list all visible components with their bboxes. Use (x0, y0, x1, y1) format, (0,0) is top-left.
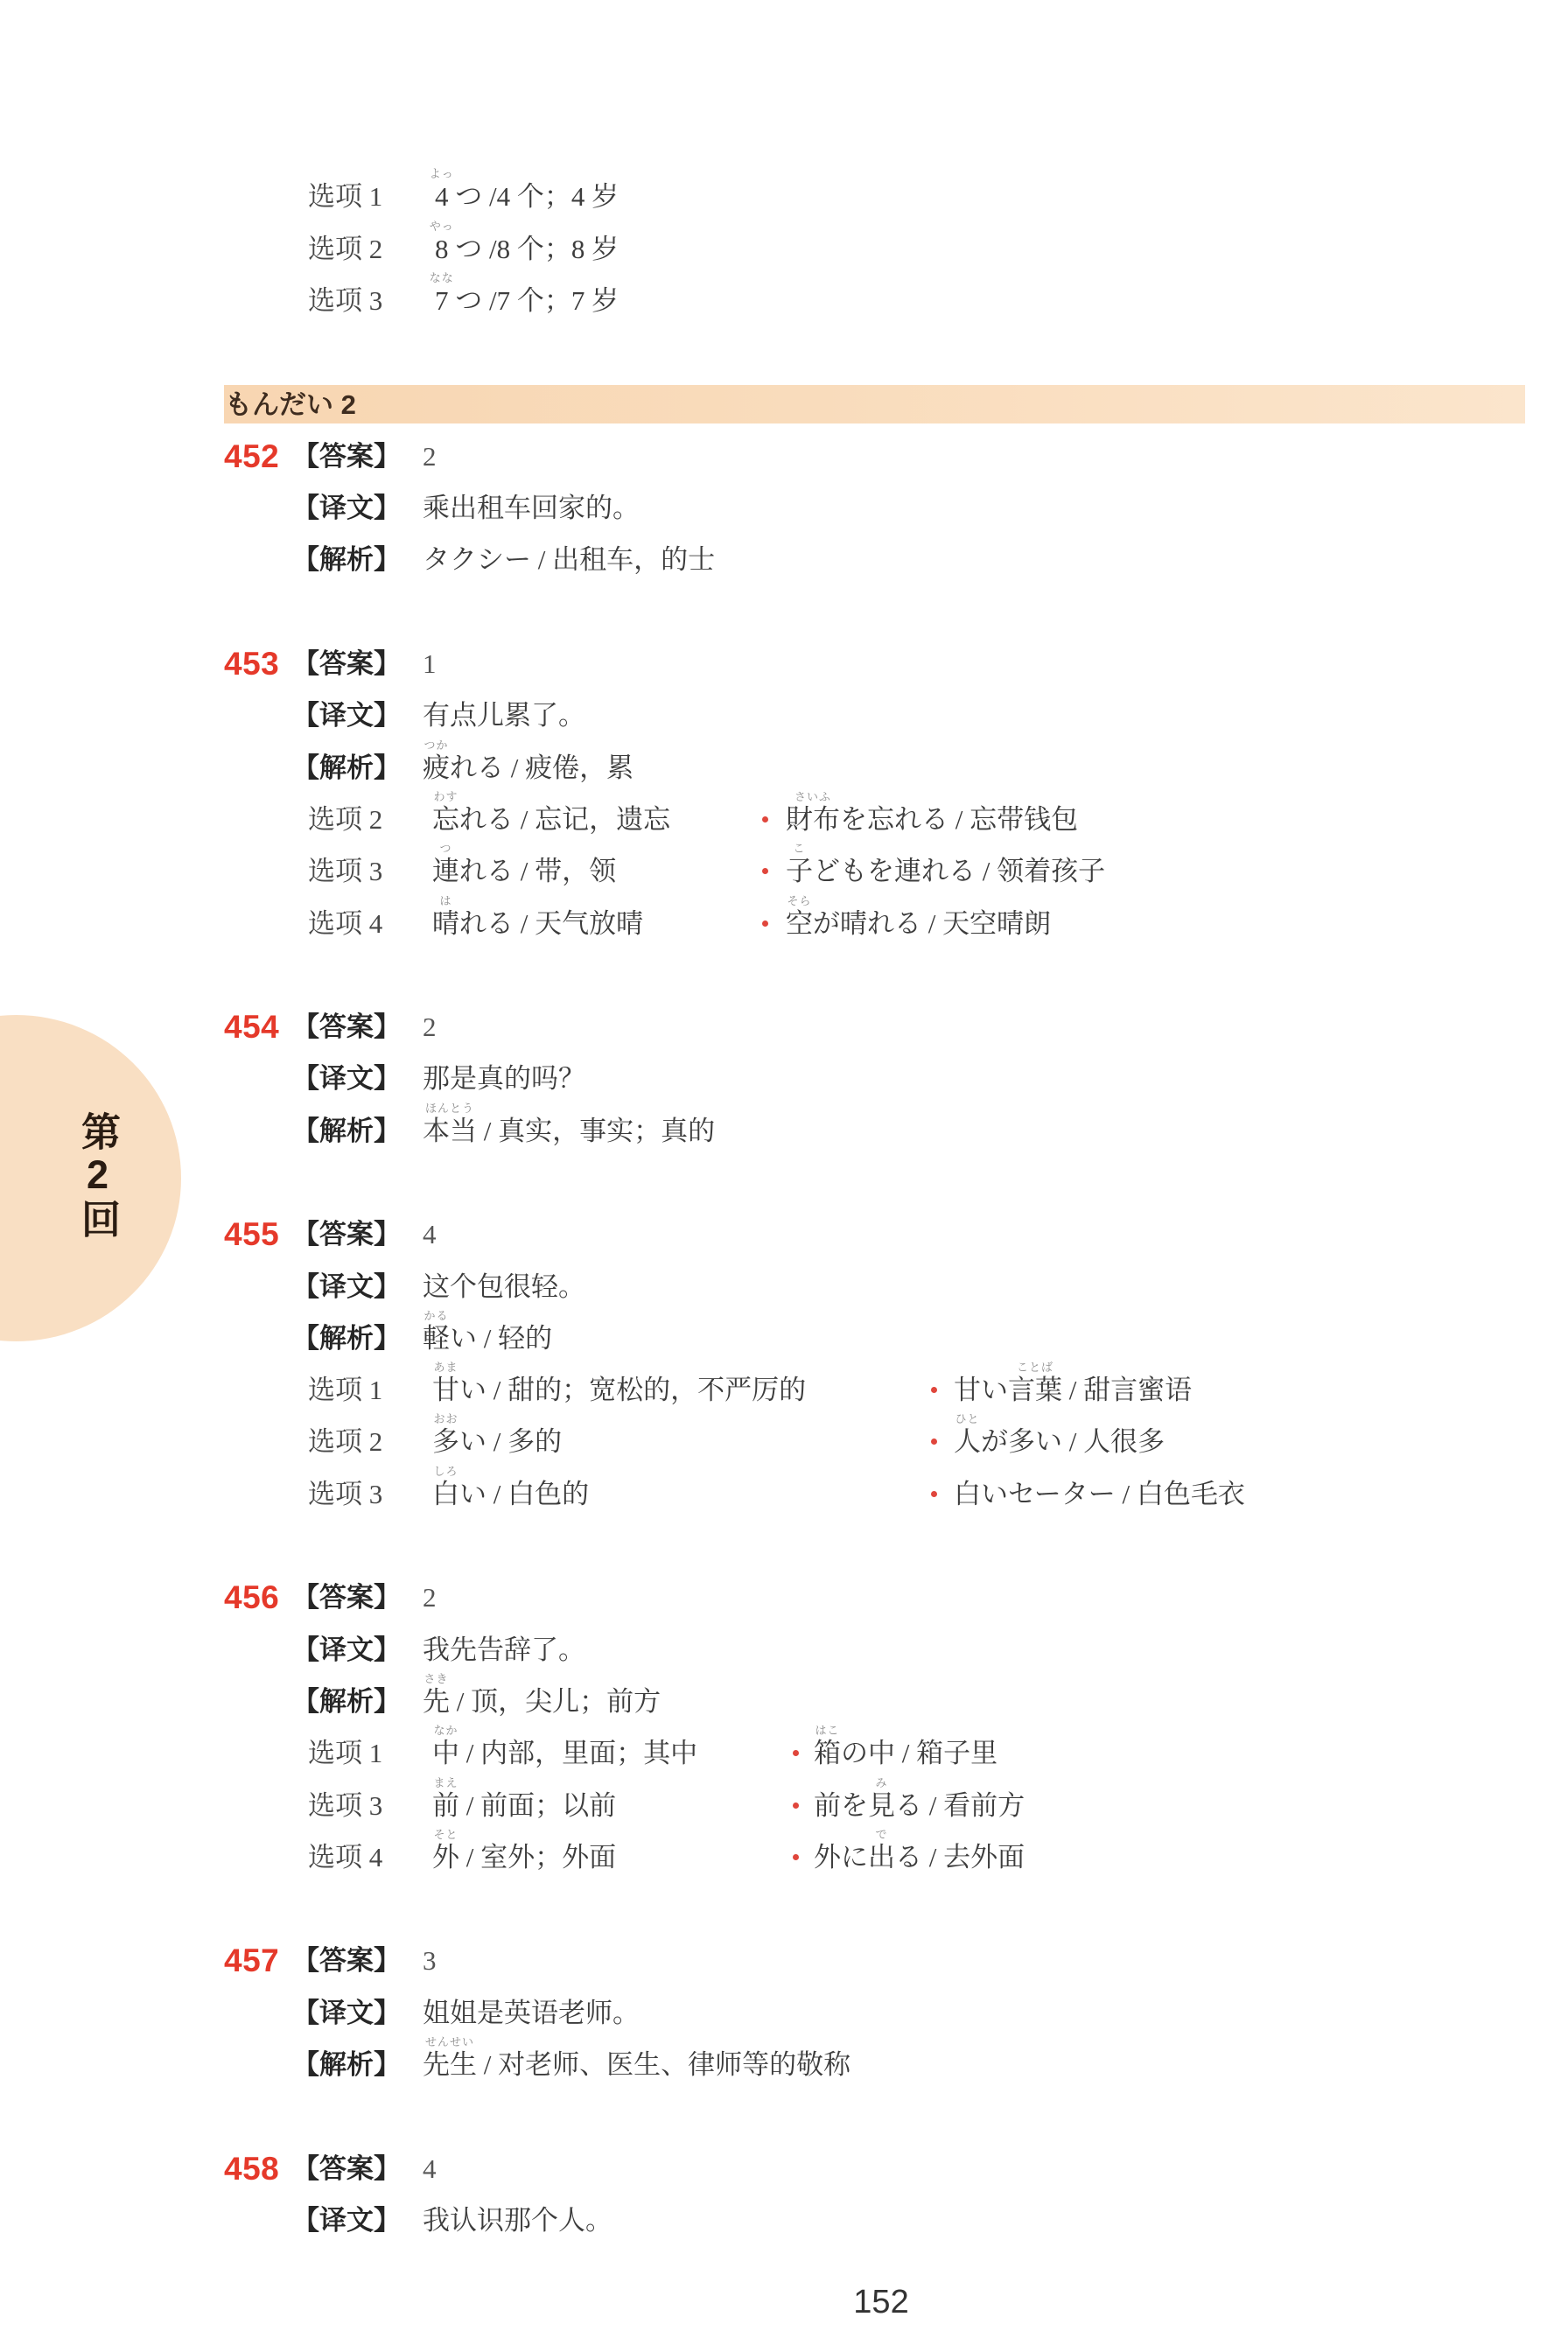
bullet-dot-icon (762, 816, 768, 822)
ruby-group: 言葉ことば (1008, 1364, 1062, 1416)
question-number: 458 (224, 2143, 279, 2194)
option-row: 选项 3 7なな つ /7 个；7 岁 (0, 275, 1568, 326)
ruby-base: 子 (786, 856, 813, 886)
ruby-group: 白しろ (432, 1468, 459, 1520)
furigana: そと (433, 1830, 458, 1841)
analysis-row: 【解析】 疲つかれる / 疲倦，累 (0, 742, 1568, 794)
text-segment: / 内部，里面；其中 (459, 1738, 697, 1768)
furigana: さき (423, 1674, 448, 1685)
ruby-base: 晴 (432, 908, 459, 939)
answer-label: 【答案】 (292, 1001, 401, 1053)
text-segment: れる / 忘记，遗忘 (459, 804, 670, 835)
option-meaning: 多おおい / 多的 (432, 1416, 562, 1467)
furigana: やっ (430, 221, 454, 233)
ruby-base: 忘 (432, 804, 459, 835)
bullet-dot-icon (762, 920, 768, 927)
furigana: そら (787, 896, 811, 907)
furigana: おお (433, 1414, 458, 1425)
text-segment: い / 甜的；宽松的，不严厉的 (459, 1375, 806, 1405)
text-segment: つ /8 个；8 岁 (449, 234, 619, 264)
furigana: よっ (430, 169, 454, 180)
spacer (0, 2090, 1568, 2142)
option-example: 箱はこの中 / 箱子里 (814, 1727, 997, 1779)
ruby-base: 空 (786, 908, 813, 939)
translation-row: 【译文】 乘出租车回家的。 (0, 482, 1568, 534)
spacer (0, 1157, 1568, 1208)
option-label: 选项 4 (308, 1831, 382, 1883)
analysis-row: 【解析】 先さき / 顶，尖儿；前方 (0, 1676, 1568, 1727)
option-label: 选项 3 (308, 1468, 382, 1520)
answer-row: 452 【答案】 2 (0, 430, 1568, 482)
ruby-group: 軽かる (423, 1312, 450, 1364)
ruby-base: 白 (432, 1479, 459, 1509)
analysis-label: 【解析】 (292, 1312, 401, 1364)
text-segment: つ /7 个；7 岁 (449, 285, 619, 316)
furigana: はこ (815, 1725, 839, 1737)
option-row: 选项 3 前まえ / 前面；以前 前を見みる / 看前方 (0, 1780, 1568, 1831)
ruby-base: 甘 (432, 1375, 459, 1405)
ruby-base: 財布 (786, 804, 840, 835)
furigana: つ (439, 843, 451, 855)
text-segment: / 对老师、医生、律师等的敬称 (477, 2049, 850, 2080)
translation-label: 【译文】 (292, 482, 401, 534)
translation-row: 【译文】 我认识那个人。 (0, 2194, 1568, 2246)
translation-label: 【译文】 (292, 2194, 401, 2246)
text-segment: る / 去外面 (895, 1842, 1025, 1872)
option-example: 子こどもを連れる / 领着孩子 (786, 845, 1105, 897)
option-label: 选项 3 (308, 275, 382, 326)
ruby-base: 8 (435, 234, 449, 264)
analysis-text: タクシー / 出租车，的士 (423, 534, 715, 585)
furigana: あま (433, 1362, 458, 1374)
answer-row: 457 【答案】 3 (0, 1935, 1568, 1986)
ruby-base: 多 (432, 1426, 459, 1457)
bullet-dot-icon (793, 1750, 799, 1756)
option-example: 甘い言葉ことば / 甜言蜜语 (954, 1364, 1192, 1416)
option-meaning: 甘あまい / 甜的；宽松的，不严厉的 (432, 1364, 806, 1416)
bullet-dot-icon (793, 1802, 799, 1809)
question-458: 458 【答案】 4 【译文】 我认识那个人。 (0, 2143, 1568, 2247)
translation-text: 这个包很轻。 (423, 1261, 585, 1312)
ruby-group: 4よっ (435, 171, 449, 222)
option-label: 选项 3 (308, 1780, 382, 1831)
ruby-group: 箱はこ (814, 1727, 841, 1779)
bullet-dot-icon (931, 1438, 937, 1445)
ruby-base: 見 (868, 1790, 895, 1821)
translation-text: 姐姐是英语老师。 (423, 1987, 640, 2039)
analysis-row: 【解析】 軽かるい / 轻的 (0, 1312, 1568, 1364)
furigana: ほんとう (425, 1103, 474, 1115)
bullet-dot-icon (793, 1854, 799, 1860)
spacer (0, 586, 1568, 638)
ruby-base: 言葉 (1008, 1375, 1062, 1405)
text-segment: れる / 天气放晴 (459, 908, 643, 939)
translation-text: 那是真的吗？ (423, 1053, 585, 1104)
text-segment: つ /4 个；4 岁 (449, 181, 619, 212)
translation-label: 【译文】 (292, 1261, 401, 1312)
translation-label: 【译文】 (292, 1624, 401, 1676)
section-header-band (224, 385, 1525, 423)
ruby-base: 軽 (423, 1323, 450, 1354)
ruby-base: 先生 (423, 2049, 477, 2080)
option-label: 选项 1 (308, 1727, 382, 1779)
text-segment: る / 看前方 (895, 1790, 1025, 1821)
furigana: まえ (433, 1778, 458, 1789)
furigana: ことば (1017, 1362, 1053, 1374)
text-segment: い / 多的 (459, 1426, 562, 1457)
question-452: 452 【答案】 2 【译文】 乘出租车回家的。 【解析】 タクシー / 出租车… (0, 430, 1568, 586)
option-label: 选项 2 (308, 794, 382, 845)
ruby-group: 忘わす (432, 794, 459, 845)
text-segment: 前を (814, 1790, 868, 1821)
answer-row: 454 【答案】 2 (0, 1001, 1568, 1053)
text-segment: が多い / 人很多 (981, 1426, 1165, 1457)
spacer (0, 1520, 1568, 1571)
ruby-base: 連 (432, 856, 459, 886)
option-label: 选项 4 (308, 898, 382, 949)
answer-label: 【答案】 (292, 2143, 401, 2194)
option-example: 人ひとが多い / 人很多 (954, 1416, 1165, 1467)
option-label: 选项 1 (308, 171, 382, 222)
ruby-group: 多おお (432, 1416, 459, 1467)
option-row: 选项 3 連つれる / 带，领 子こどもを連れる / 领着孩子 (0, 845, 1568, 897)
text-segment: 外に (814, 1842, 868, 1872)
answer-value: 4 (423, 2143, 437, 2194)
furigana: しろ (433, 1466, 458, 1478)
ruby-group: 疲つか (423, 742, 450, 794)
furigana: なか (433, 1725, 458, 1737)
furigana: ひと (955, 1414, 979, 1425)
answer-value: 1 (423, 638, 437, 689)
answer-row: 458 【答案】 4 (0, 2143, 1568, 2194)
ruby-base: 本当 (423, 1116, 477, 1146)
answer-key-content: 选项 1 4よっ つ /4 个；4 岁 选项 2 8やっ つ /8 个；8 岁 … (0, 171, 1568, 2246)
translation-text: 我先告辞了。 (423, 1624, 585, 1676)
question-number: 455 (224, 1208, 279, 1260)
analysis-text: 本当ほんとう / 真实，事实；真的 (423, 1105, 715, 1157)
ruby-group: 前まえ (432, 1780, 459, 1831)
translation-row: 【译文】 我先告辞了。 (0, 1624, 1568, 1676)
answer-value: 4 (423, 1208, 437, 1260)
translation-label: 【译文】 (292, 1053, 401, 1104)
question-number: 457 (224, 1935, 279, 1986)
ruby-base: 先 (423, 1686, 450, 1717)
bullet-dot-icon (931, 1387, 937, 1393)
furigana: は (439, 896, 451, 907)
translation-text: 有点儿累了。 (423, 689, 585, 741)
option-label: 选项 2 (308, 223, 382, 275)
bullet-dot-icon (931, 1491, 937, 1497)
ruby-base: 外 (432, 1842, 459, 1872)
spacer (0, 949, 1568, 1001)
translation-label: 【译文】 (292, 1987, 401, 2039)
option-example: 外に出でる / 去外面 (814, 1831, 1025, 1883)
answer-value: 3 (423, 1935, 437, 1986)
question-number: 453 (224, 638, 279, 689)
option-meaning: 中なか / 内部，里面；其中 (432, 1727, 697, 1779)
option-example: 財布さいふを忘れる / 忘带钱包 (786, 794, 1078, 845)
text-segment: / 前面；以前 (459, 1790, 616, 1821)
answer-value: 2 (423, 1001, 437, 1053)
option-label: 选项 2 (308, 1416, 382, 1467)
furigana: で (875, 1830, 887, 1841)
translation-row: 【译文】 姐姐是英语老师。 (0, 1987, 1568, 2039)
analysis-text: 先生せんせい / 对老师、医生、律师等的敬称 (423, 2039, 850, 2090)
analysis-text: 疲つかれる / 疲倦，累 (423, 742, 633, 794)
carryover-options: 选项 1 4よっ つ /4 个；4 岁 选项 2 8やっ つ /8 个；8 岁 … (0, 171, 1568, 326)
analysis-row: 【解析】 本当ほんとう / 真实，事实；真的 (0, 1105, 1568, 1157)
ruby-group: 甘あま (432, 1364, 459, 1416)
text-segment: れる / 带，领 (459, 856, 616, 886)
text-segment: を忘れる / 忘带钱包 (840, 804, 1078, 835)
text-segment: 甘い (954, 1375, 1008, 1405)
analysis-label: 【解析】 (292, 2039, 401, 2090)
option-row: 选项 2 8やっ つ /8 个；8 岁 (0, 223, 1568, 275)
option-row: 选项 4 外そと / 室外；外面 外に出でる / 去外面 (0, 1831, 1568, 1883)
analysis-row: 【解析】 先生せんせい / 对老师、医生、律师等的敬称 (0, 2039, 1568, 2090)
option-meaning: 4よっ つ /4 个；4 岁 (435, 171, 619, 222)
spacer (0, 1883, 1568, 1935)
bullet-dot-icon (762, 868, 768, 874)
translation-row: 【译文】 这个包很轻。 (0, 1261, 1568, 1312)
translation-label: 【译文】 (292, 689, 401, 741)
question-453: 453 【答案】 1 【译文】 有点儿累了。 【解析】 疲つかれる / 疲倦，累… (0, 638, 1568, 949)
text-segment: れる / 疲倦，累 (450, 752, 633, 783)
text-segment: / 甜言蜜语 (1062, 1375, 1192, 1405)
ruby-group: 見み (868, 1780, 895, 1831)
ruby-group: 財布さいふ (786, 794, 840, 845)
analysis-label: 【解析】 (292, 1105, 401, 1157)
question-455: 455 【答案】 4 【译文】 这个包很轻。 【解析】 軽かるい / 轻的 选项… (0, 1208, 1568, 1520)
text-segment: / 顶，尖儿；前方 (450, 1686, 661, 1717)
analysis-label: 【解析】 (292, 534, 401, 585)
answer-label: 【答案】 (292, 1571, 401, 1623)
ruby-group: 子こ (786, 845, 813, 897)
question-457: 457 【答案】 3 【译文】 姐姐是英语老师。 【解析】 先生せんせい / 对… (0, 1935, 1568, 2090)
analysis-label: 【解析】 (292, 742, 401, 794)
furigana: せんせい (425, 2037, 474, 2048)
furigana: かる (423, 1311, 448, 1322)
ruby-group: 晴は (432, 898, 459, 949)
ruby-base: 疲 (423, 752, 450, 783)
furigana: み (875, 1778, 887, 1789)
option-meaning: 8やっ つ /8 个；8 岁 (435, 223, 619, 275)
analysis-text: 先さき / 顶，尖儿；前方 (423, 1676, 661, 1727)
ruby-group: 外そと (432, 1831, 459, 1883)
ruby-group: 先生せんせい (423, 2039, 477, 2090)
ruby-base: 4 (435, 181, 449, 212)
option-label: 选项 1 (308, 1364, 382, 1416)
option-row: 选项 1 中なか / 内部，里面；其中 箱はこの中 / 箱子里 (0, 1727, 1568, 1779)
text-segment: の中 / 箱子里 (841, 1738, 997, 1768)
text-segment: / 真实，事实；真的 (477, 1116, 715, 1146)
ruby-base: 箱 (814, 1738, 841, 1768)
ruby-base: 中 (432, 1738, 459, 1768)
ruby-group: 連つ (432, 845, 459, 897)
question-number: 452 (224, 430, 279, 482)
option-meaning: 晴はれる / 天气放晴 (432, 898, 643, 949)
ruby-group: 先さき (423, 1676, 450, 1727)
spacer (0, 326, 1568, 378)
analysis-row: 【解析】 タクシー / 出租车，的士 (0, 534, 1568, 585)
ruby-base: 出 (868, 1842, 895, 1872)
answer-value: 2 (423, 430, 437, 482)
question-456: 456 【答案】 2 【译文】 我先告辞了。 【解析】 先さき / 顶，尖儿；前… (0, 1571, 1568, 1883)
answer-row: 455 【答案】 4 (0, 1208, 1568, 1260)
section-header: もんだい 2 (0, 379, 1568, 430)
ruby-base: 人 (954, 1426, 981, 1457)
ruby-group: 7なな (435, 275, 449, 326)
answer-label: 【答案】 (292, 1208, 401, 1260)
translation-row: 【译文】 有点儿累了。 (0, 689, 1568, 741)
ruby-base: 前 (432, 1790, 459, 1821)
option-row: 选项 3 白しろい / 白色的 白いセーター / 白色毛衣 (0, 1468, 1568, 1520)
furigana: つか (423, 740, 448, 752)
option-meaning: 白しろい / 白色的 (432, 1468, 589, 1520)
text-segment: / 室外；外面 (459, 1842, 616, 1872)
section-title: もんだい 2 (225, 379, 356, 430)
answer-row: 456 【答案】 2 (0, 1571, 1568, 1623)
option-meaning: 外そと / 室外；外面 (432, 1831, 616, 1883)
ruby-group: 人ひと (954, 1416, 981, 1467)
option-row: 选项 2 忘わすれる / 忘记，遗忘 財布さいふを忘れる / 忘带钱包 (0, 794, 1568, 845)
option-row: 选项 1 4よっ つ /4 个；4 岁 (0, 171, 1568, 222)
question-454: 454 【答案】 2 【译文】 那是真的吗？ 【解析】 本当ほんとう / 真实，… (0, 1001, 1568, 1157)
option-row: 选项 1 甘あまい / 甜的；宽松的，不严厉的 甘い言葉ことば / 甜言蜜语 (0, 1364, 1568, 1416)
answer-value: 2 (423, 1571, 437, 1623)
text-segment: タクシー / 出租车，的士 (423, 544, 715, 575)
answer-row: 453 【答案】 1 (0, 638, 1568, 689)
option-meaning: 忘わすれる / 忘记，遗忘 (432, 794, 670, 845)
translation-text: 乘出租车回家的。 (423, 482, 640, 534)
ruby-group: 出で (868, 1831, 895, 1883)
page-number: 152 (842, 2282, 920, 2322)
option-label: 选项 3 (308, 845, 382, 897)
option-example: 白いセーター / 白色毛衣 (954, 1468, 1245, 1520)
text-segment: どもを連れる / 领着孩子 (813, 856, 1105, 886)
text-segment: い / 轻的 (450, 1323, 552, 1354)
option-example: 前を見みる / 看前方 (814, 1780, 1025, 1831)
furigana: なな (430, 273, 454, 284)
option-row: 选项 2 多おおい / 多的 人ひとが多い / 人很多 (0, 1416, 1568, 1467)
ruby-group: 本当ほんとう (423, 1105, 477, 1157)
furigana: こ (793, 843, 805, 855)
option-row: 选项 4 晴はれる / 天气放晴 空そらが晴れる / 天空晴朗 (0, 898, 1568, 949)
option-example: 空そらが晴れる / 天空晴朗 (786, 898, 1051, 949)
ruby-group: 中なか (432, 1727, 459, 1779)
option-meaning: 連つれる / 带，领 (432, 845, 616, 897)
text-segment: 白いセーター / 白色毛衣 (954, 1479, 1245, 1509)
analysis-label: 【解析】 (292, 1676, 401, 1727)
translation-row: 【译文】 那是真的吗？ (0, 1053, 1568, 1104)
ruby-group: 空そら (786, 898, 813, 949)
furigana: わす (433, 792, 458, 803)
question-number: 456 (224, 1571, 279, 1623)
text-segment: が晴れる / 天空晴朗 (813, 908, 1051, 939)
question-number: 454 (224, 1001, 279, 1053)
answer-label: 【答案】 (292, 430, 401, 482)
translation-text: 我认识那个人。 (423, 2194, 612, 2246)
furigana: さいふ (794, 792, 831, 803)
option-meaning: 前まえ / 前面；以前 (432, 1780, 616, 1831)
ruby-group: 8やっ (435, 223, 449, 275)
answer-label: 【答案】 (292, 638, 401, 689)
analysis-text: 軽かるい / 轻的 (423, 1312, 552, 1364)
ruby-base: 7 (435, 285, 449, 316)
option-meaning: 7なな つ /7 个；7 岁 (435, 275, 619, 326)
text-segment: い / 白色的 (459, 1479, 589, 1509)
answer-label: 【答案】 (292, 1935, 401, 1986)
